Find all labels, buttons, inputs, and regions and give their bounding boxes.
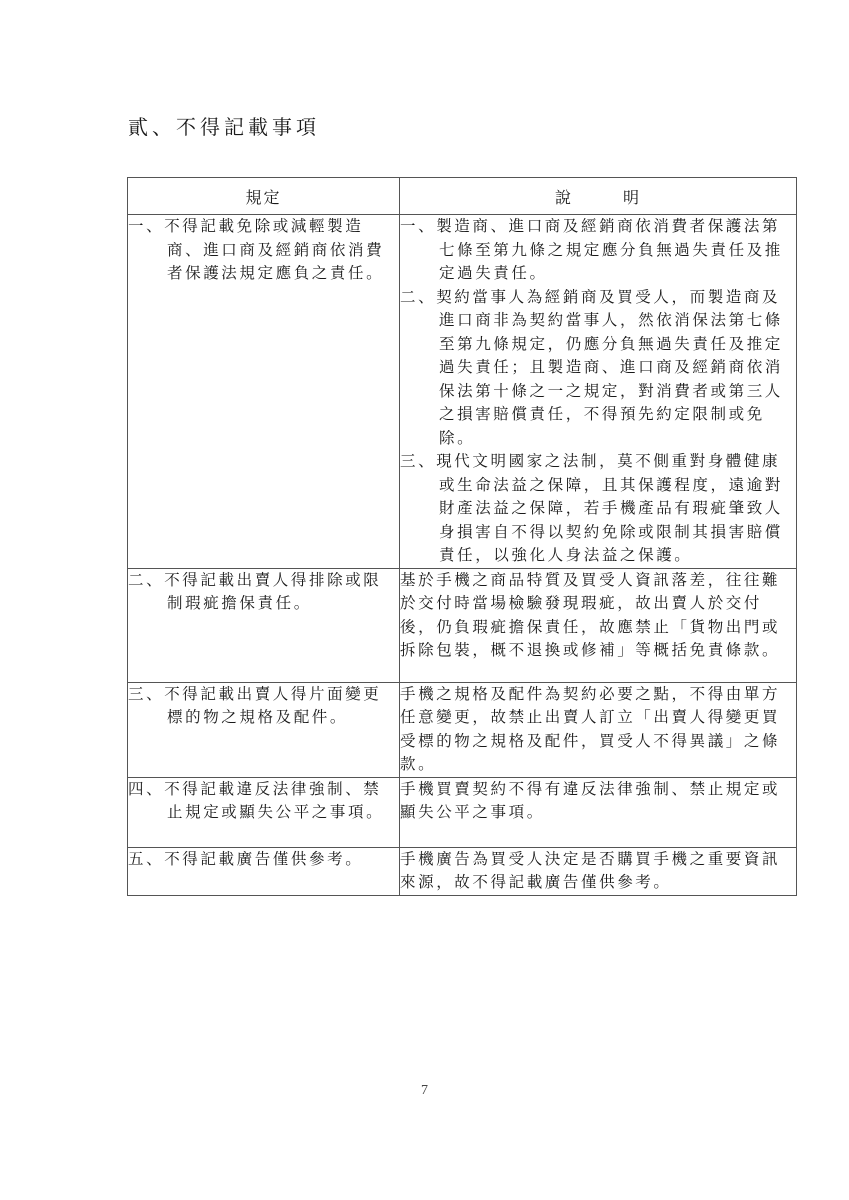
explanation-cell: 基於手機之商品特質及買受人資訊落差，往往難於交付時當場檢驗發現瑕疵，故出賣人於交… xyxy=(400,568,797,682)
table-row: 二、不得記載出賣人得排除或限制瑕疵擔保責任。 基於手機之商品特質及買受人資訊落差… xyxy=(128,568,797,682)
explanation-cell: 手機買賣契約不得有違反法律強制、禁止規定或顯失公平之事項。 xyxy=(400,777,797,847)
page-number: 7 xyxy=(0,1083,849,1099)
rule-text: 二、不得記載出賣人得排除或限制瑕疵擔保責任。 xyxy=(128,569,399,616)
rule-cell: 四、不得記載違反法律強制、禁止規定或顯失公平之事項。 xyxy=(128,777,400,847)
rule-cell: 二、不得記載出賣人得排除或限制瑕疵擔保責任。 xyxy=(128,568,400,682)
table-header-row: 規定 說明 xyxy=(128,178,797,215)
explanation-cell: 手機之規格及配件為契約必要之點，不得由單方任意變更，故禁止出賣人訂立「出賣人得變… xyxy=(400,682,797,777)
table-row: 四、不得記載違反法律強制、禁止規定或顯失公平之事項。 手機買賣契約不得有違反法律… xyxy=(128,777,797,847)
header-explanation: 說明 xyxy=(400,178,797,215)
table-row: 一、不得記載免除或減輕製造商、進口商及經銷商依消費者保護法規定應負之責任。 一、… xyxy=(128,215,797,569)
explanation-text: 基於手機之商品特質及買受人資訊落差，往往難於交付時當場檢驗發現瑕疵，故出賣人於交… xyxy=(400,569,796,663)
explanation-text: 手機之規格及配件為契約必要之點，不得由單方任意變更，故禁止出賣人訂立「出賣人得變… xyxy=(400,683,796,777)
rule-cell: 一、不得記載免除或減輕製造商、進口商及經銷商依消費者保護法規定應負之責任。 xyxy=(128,215,400,569)
explanation-cell: 一、製造商、進口商及經銷商依消費者保護法第七條至第九條之規定應分負無過失責任及推… xyxy=(400,215,797,569)
explanation-item: 二、契約當事人為經銷商及買受人，而製造商及進口商非為契約當事人，然依消保法第七條… xyxy=(400,286,796,451)
table-row: 三、不得記載出賣人得片面變更標的物之規格及配件。 手機之規格及配件為契約必要之點… xyxy=(128,682,797,777)
explanation-text: 手機廣告為買受人決定是否購買手機之重要資訊來源，故不得記載廣告僅供參考。 xyxy=(400,848,796,895)
prohibited-terms-table: 規定 說明 一、不得記載免除或減輕製造商、進口商及經銷商依消費者保護法規定應負之… xyxy=(127,177,797,896)
explanation-cell: 手機廣告為買受人決定是否購買手機之重要資訊來源，故不得記載廣告僅供參考。 xyxy=(400,847,797,895)
header-explanation-right: 明 xyxy=(623,188,641,207)
table-row: 五、不得記載廣告僅供參考。 手機廣告為買受人決定是否購買手機之重要資訊來源，故不… xyxy=(128,847,797,895)
explanation-text: 手機買賣契約不得有違反法律強制、禁止規定或顯失公平之事項。 xyxy=(400,778,796,825)
explanation-item: 三、現代文明國家之法制，莫不側重對身體健康或生命法益之保障，且其保護程度，遠逾對… xyxy=(400,450,796,568)
explanation-item: 一、製造商、進口商及經銷商依消費者保護法第七條至第九條之規定應分負無過失責任及推… xyxy=(400,215,796,286)
header-explanation-left: 說 xyxy=(555,188,573,207)
rule-cell: 三、不得記載出賣人得片面變更標的物之規格及配件。 xyxy=(128,682,400,777)
rule-text: 三、不得記載出賣人得片面變更標的物之規格及配件。 xyxy=(128,683,399,730)
rule-text: 四、不得記載違反法律強制、禁止規定或顯失公平之事項。 xyxy=(128,778,399,825)
section-title: 貳、不得記載事項 xyxy=(128,113,320,141)
rule-cell: 五、不得記載廣告僅供參考。 xyxy=(128,847,400,895)
rule-text: 一、不得記載免除或減輕製造商、進口商及經銷商依消費者保護法規定應負之責任。 xyxy=(128,215,399,286)
rule-text: 五、不得記載廣告僅供參考。 xyxy=(128,848,399,872)
header-rule: 規定 xyxy=(128,178,400,215)
